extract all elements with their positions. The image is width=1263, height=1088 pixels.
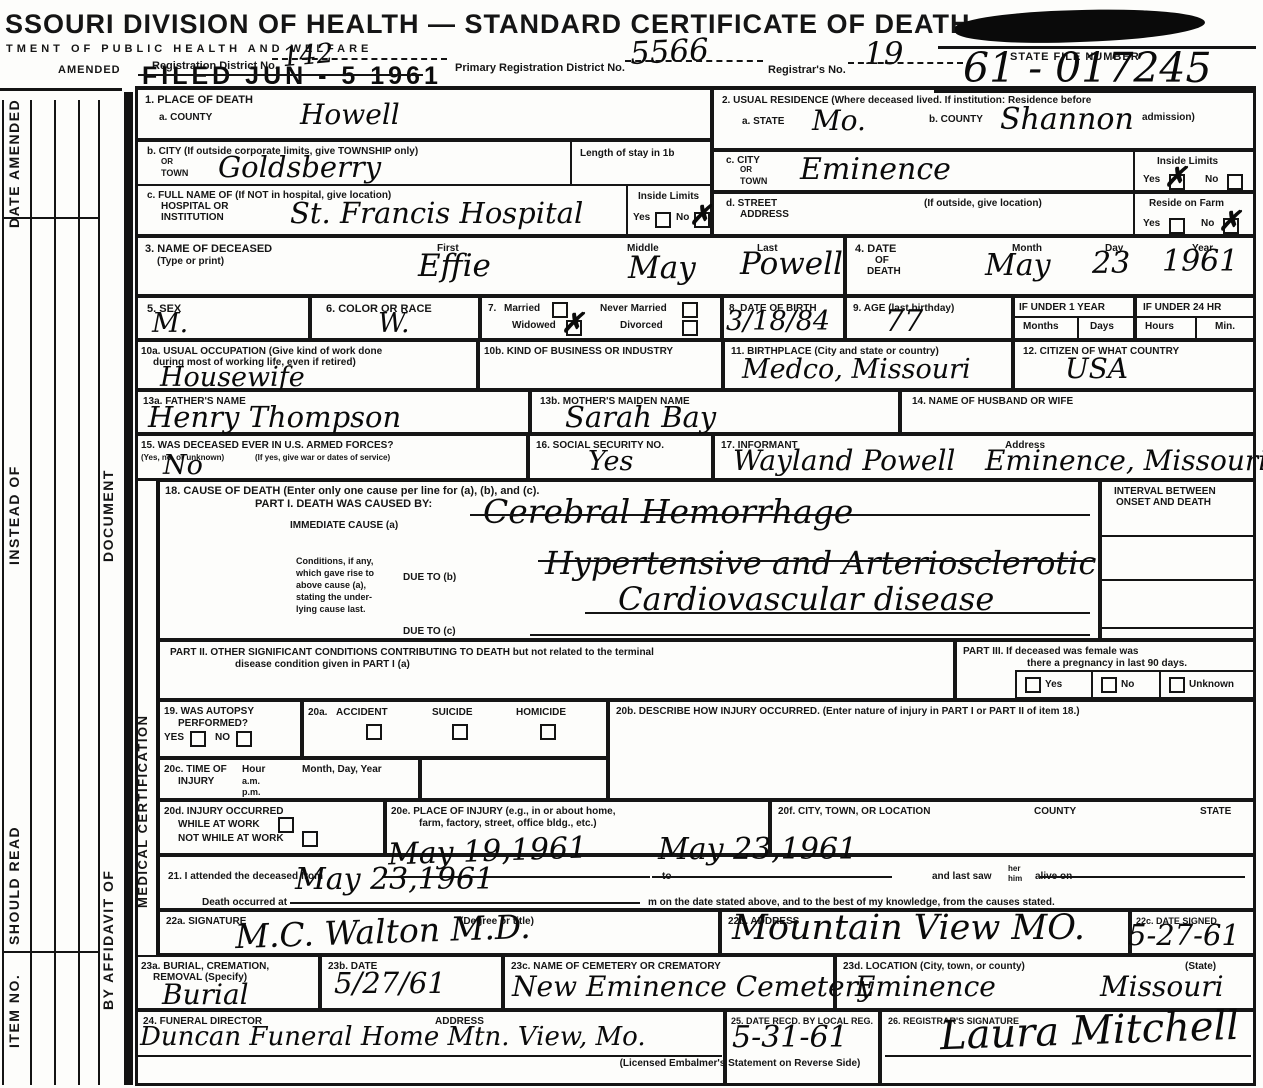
not-while-at-work-checkbox (302, 831, 318, 847)
injury-work-label: 20d. INJURY OCCURRED (164, 806, 283, 819)
dod-day-value: 23 (1092, 246, 1130, 281)
residence-town-label: TOWN (740, 176, 767, 187)
conditions-line-1: Conditions, if any, (296, 556, 373, 567)
manner-num: 20a. (308, 707, 327, 720)
injury-place-label-2: farm, factory, street, office bldg., etc… (419, 818, 597, 831)
death-date-value: May 23,1961 (295, 862, 494, 897)
cell-place-of-death: 1. PLACE OF DEATH a. COUNTY (135, 88, 712, 140)
widowed-label: Widowed (512, 320, 556, 333)
while-at-work-checkbox (278, 817, 294, 833)
residence-or-label: OR (740, 165, 752, 175)
due-to-c-label: DUE TO (c) (403, 626, 456, 639)
divorced-label: Divorced (620, 320, 663, 333)
cause-c-line (530, 634, 1090, 636)
months-label: Months (1023, 321, 1059, 334)
under-24-vline (1195, 316, 1197, 338)
length-of-stay-label: Length of stay in 1b (580, 148, 674, 161)
pod-no-checkbox (694, 212, 710, 228)
while-at-work-label: WHILE AT WORK (178, 819, 260, 832)
registrar-no-value: 19 (864, 36, 903, 72)
dod-month-value: May (985, 248, 1051, 283)
res-yes-label: Yes (1143, 174, 1160, 187)
homicide-label: HOMICIDE (516, 707, 566, 720)
never-married-label: Never Married (600, 303, 667, 316)
not-while-at-work-label: NOT WHILE AT WORK (178, 833, 284, 846)
form-bottom-border (135, 1083, 1256, 1086)
usual-residence-label-2: admission) (1142, 112, 1195, 125)
injury-description-label: 20b. DESCRIBE HOW INJURY OCCURRED. (Ente… (616, 706, 1080, 719)
registration-district-line (272, 58, 447, 60)
margin-should-read-label: SHOULD READ (6, 820, 22, 945)
cell-reside-on-farm: Reside on Farm Yes No (1133, 192, 1256, 236)
form-right-border (1253, 88, 1256, 1085)
accident-label: ACCIDENT (336, 707, 388, 720)
interval-label-2: ONSET AND DEATH (1116, 497, 1211, 510)
attended-to-line (652, 876, 892, 878)
armed-forces-value: No (163, 450, 203, 481)
death-occurred-label: Death occurred at (202, 897, 287, 910)
cause-b2-line (585, 612, 1090, 614)
under-1-vline (1077, 316, 1079, 338)
autopsy-label-2: PERFORMED? (178, 718, 248, 731)
state-file-number: 61 - 017245 (963, 44, 1212, 92)
attended-to-value: May 23,1961 (658, 832, 857, 867)
divorced-checkbox (682, 320, 698, 336)
preg-unknown-label: Unknown (1189, 679, 1234, 692)
residence-state-label: a. STATE (742, 116, 784, 129)
residence-city-value: Eminence (800, 152, 951, 187)
margin-line-1 (2, 100, 4, 1085)
part3-label-2: there a pregnancy in last 90 days. (1027, 658, 1187, 671)
farm-no-checkbox (1223, 218, 1239, 234)
funeral-director-value: Duncan Funeral Home Mtn. View, Mo. (140, 1022, 646, 1052)
conditions-line-2: which gave rise to (296, 568, 374, 579)
cell-preg-yes: Yes (1015, 670, 1093, 699)
autopsy-no-label: NO (215, 732, 230, 745)
preg-no-label: No (1121, 679, 1134, 692)
min-label: Min. (1215, 321, 1235, 334)
accident-checkbox (366, 724, 382, 740)
amended-label: AMENDED (58, 64, 121, 78)
part3-label-1: PART III. If deceased was female was (963, 646, 1138, 659)
marital-num: 7. (488, 303, 496, 316)
cell-res-inside-limits: Inside Limits Yes No (1133, 150, 1256, 192)
cell-marital-status: 7. Married Never Married Widowed Divorce… (480, 296, 722, 340)
pod-no-label: No (676, 212, 689, 225)
preg-yes-label: Yes (1045, 679, 1062, 692)
farm-yes-checkbox (1169, 218, 1185, 234)
funeral-director-line (138, 1055, 722, 1057)
cell-injury-work: 20d. INJURY OCCURRED WHILE AT WORK NOT W… (160, 800, 385, 855)
informant-name-value: Wayland Powell (733, 444, 955, 477)
cause-b-line (538, 560, 1093, 562)
due-to-b-label: DUE TO (b) (403, 572, 456, 585)
farm-no-label: No (1201, 218, 1214, 231)
cell-part3: PART III. If deceased was female was the… (955, 640, 1256, 700)
father-value: Henry Thompson (148, 400, 401, 434)
days-label: Days (1090, 321, 1114, 334)
res-yes-checkbox (1169, 174, 1185, 190)
date-signed-value: 5-27-61 (1128, 918, 1240, 952)
part2-label-1: PART II. OTHER SIGNIFICANT CONDITIONS CO… (170, 647, 654, 660)
street-note-label: (If outside, give location) (924, 198, 1042, 211)
primary-district-label: Primary Registration District No. (455, 62, 625, 76)
reside-farm-label: Reside on Farm (1149, 198, 1224, 211)
preg-unknown-checkbox (1169, 677, 1185, 693)
margin-top-line (0, 88, 122, 91)
city-town-label: TOWN (161, 168, 188, 179)
stamp-strike-line (138, 74, 423, 76)
pod-yes-checkbox (655, 212, 671, 228)
burial-value: Burial (162, 978, 249, 1011)
informant-address-value: Eminence, Missouri (985, 444, 1263, 477)
registrar-signature-line (885, 1055, 1251, 1057)
part1-label: PART I. DEATH WAS CAUSED BY: (255, 498, 432, 512)
cell-under-1-year: IF UNDER 1 YEAR Months Days (1013, 296, 1135, 340)
cell-under-24-hr: IF UNDER 24 HR Hours Min. (1135, 296, 1256, 340)
hospital-value: St. Francis Hospital (290, 196, 583, 230)
redaction-scribble (955, 6, 1206, 47)
autopsy-yes-label: YES (164, 732, 184, 745)
cemetery-state-value: Missouri (1100, 970, 1224, 1003)
cell-autopsy: 19. WAS AUTOPSY PERFORMED? YES NO (160, 700, 302, 758)
name-sublabel: (Type or print) (157, 256, 224, 269)
residence-state-value: Mo. (812, 104, 866, 137)
margin-line-4 (78, 100, 80, 1085)
cell-manner: 20a. ACCIDENT SUICIDE HOMICIDE (302, 700, 608, 758)
part2-label-2: disease condition given in PART I (a) (235, 659, 410, 672)
cell-pod-inside-limits: Inside Limits Yes No (626, 184, 712, 236)
farm-yes-label: Yes (1143, 218, 1160, 231)
physician-address-value: Mountain View MO. (732, 908, 1085, 948)
preg-no-checkbox (1101, 677, 1117, 693)
occupation-value: Housewife (160, 362, 305, 393)
cell-injury-description: 20b. DESCRIBE HOW INJURY OCCURRED. (Ente… (608, 700, 1256, 800)
citizen-value: USA (1065, 352, 1128, 385)
registrar-no-line (848, 62, 963, 64)
homicide-checkbox (540, 724, 556, 740)
embalmer-note: (Licensed Embalmer's Statement on Revers… (480, 1058, 1000, 1071)
suicide-label: SUICIDE (432, 707, 473, 720)
res-no-checkbox (1227, 174, 1243, 190)
spouse-label: 14. NAME OF HUSBAND OR WIFE (912, 396, 1073, 409)
preg-yes-checkbox (1025, 677, 1041, 693)
him-label: him (1008, 875, 1022, 884)
under-1-divider (1015, 316, 1133, 318)
middle-name-value: May (628, 250, 696, 286)
res-no-label: No (1205, 174, 1218, 187)
cemetery-value: New Eminence Cemetery (512, 970, 874, 1003)
cemetery-city-value: Eminence (855, 970, 996, 1003)
interval-line-1 (1102, 535, 1254, 537)
injury-location-label: 20f. CITY, TOWN, OR LOCATION (778, 806, 930, 819)
last-saw-label: and last saw (932, 871, 991, 884)
form-top-border (135, 86, 1256, 89)
interval-line-2 (1102, 579, 1254, 581)
address-label: ADDRESS (740, 209, 789, 222)
cell-industry: 10b. KIND OF BUSINESS OR INDUSTRY (478, 340, 723, 390)
city-or-label: OR (161, 157, 173, 167)
margin-item-no-label: ITEM NO. (6, 958, 22, 1048)
industry-label: 10b. KIND OF BUSINESS OR INDUSTRY (484, 346, 673, 359)
cell-preg-unknown: Unknown (1159, 670, 1256, 699)
form-left-border (135, 88, 138, 1085)
cell-length-of-stay: Length of stay in 1b (570, 140, 712, 186)
pod-yes-label: Yes (633, 212, 650, 225)
margin-instead-of-label: INSTEAD OF (6, 445, 22, 565)
cell-spouse-name: 14. NAME OF HUSBAND OR WIFE (900, 390, 1256, 434)
conditions-line-3: above cause (a), (296, 580, 366, 591)
county-of-death-label: a. COUNTY (159, 112, 212, 125)
her-label: her (1008, 865, 1020, 874)
conditions-line-4: stating the under- (296, 592, 372, 603)
widowed-checkbox (566, 320, 582, 336)
margin-line-3 (54, 100, 56, 1085)
cell-part2: PART II. OTHER SIGNIFICANT CONDITIONS CO… (160, 640, 955, 700)
first-name-value: Effie (418, 248, 491, 284)
birthplace-value: Medco, Missouri (742, 354, 971, 385)
age-value: 77 (885, 304, 923, 339)
margin-line-2 (30, 100, 32, 1085)
cause-a-line (470, 514, 1090, 516)
autopsy-yes-checkbox (190, 731, 206, 747)
primary-district-value: 5566 (629, 32, 710, 72)
residence-county-label: b. COUNTY (929, 114, 983, 127)
autopsy-label-1: 19. WAS AUTOPSY (164, 706, 254, 719)
immediate-cause-label: IMMEDIATE CAUSE (a) (290, 520, 398, 533)
margin-by-affidavit-label: BY AFFIDAVIT OF (100, 830, 116, 1010)
hospital-label-3: INSTITUTION (161, 212, 224, 225)
margin-document-label: DOCUMENT (100, 432, 116, 562)
cell-interval: INTERVAL BETWEEN ONSET AND DEATH (1100, 480, 1256, 640)
suicide-checkbox (452, 724, 468, 740)
cell-street-address: d. STREET ADDRESS (If outside, give loca… (712, 192, 1135, 236)
injury-state-label: STATE (1200, 806, 1231, 819)
cause-b-value-1: Hypertensive and Arteriosclerotic (545, 544, 1096, 582)
cell-injury-time: 20c. TIME OF INJURY Hour a.m. p.m. Month… (160, 758, 420, 800)
race-value: W. (378, 308, 410, 339)
page-title: SSOURI DIVISION OF HEALTH — STANDARD CER… (5, 8, 971, 42)
pm-label: p.m. (242, 787, 261, 798)
cell-preg-no: No (1091, 670, 1161, 699)
dod-year-value: 1961 (1162, 244, 1238, 279)
never-married-checkbox (682, 302, 698, 318)
cell-injury-time-blank (420, 758, 608, 800)
dob-value: 3/18/84 (726, 306, 830, 337)
alive-on-line (1040, 876, 1245, 878)
death-date-line (290, 902, 640, 904)
registrar-no-label: Registrar's No. (768, 64, 846, 78)
mother-value: Sarah Bay (565, 400, 716, 434)
under-1-year-label: IF UNDER 1 YEAR (1019, 302, 1105, 315)
injury-time-label-2: INJURY (178, 776, 214, 789)
death-certificate-scan: SSOURI DIVISION OF HEALTH — STANDARD CER… (0, 0, 1263, 1088)
dod-death-label: DEATH (867, 266, 901, 279)
margin-divider-bar (124, 92, 133, 1085)
city-of-death-value: Goldsberry (218, 150, 381, 184)
burial-date-value: 5/27/61 (334, 966, 446, 1000)
county-of-death-value: Howell (300, 98, 400, 131)
cell-citizen: 12. CITIZEN OF WHAT COUNTRY (1013, 340, 1256, 390)
place-of-death-label: 1. PLACE OF DEATH (145, 94, 253, 108)
under-24-hr-label: IF UNDER 24 HR (1143, 302, 1221, 315)
mdy-label: Month, Day, Year (302, 764, 382, 777)
residence-county-value: Shannon (1000, 102, 1134, 137)
name-label: 3. NAME OF DECEASED (145, 243, 272, 257)
injury-county-label: COUNTY (1034, 806, 1076, 819)
cell-usual-residence: 2. USUAL RESIDENCE (Where deceased lived… (712, 88, 1256, 150)
interval-line-3 (1102, 627, 1254, 629)
last-name-value: Powell (740, 246, 843, 282)
injury-place-label-1: 20e. PLACE OF INJURY (e.g., in or about … (391, 806, 615, 819)
armed-forces-sub2: (If yes, give war or dates of service) (255, 453, 390, 463)
injury-time-label-1: 20c. TIME OF (164, 764, 227, 777)
cause-a-value: Cerebral Hemorrhage (483, 492, 853, 531)
hours-label: Hours (1145, 321, 1174, 334)
margin-date-amended-label: DATE AMENDED (6, 103, 22, 228)
primary-district-line (625, 60, 763, 62)
ssn-value: Yes (588, 446, 633, 477)
cell-age: 9. AGE (last birthday) (845, 296, 1013, 340)
married-label: Married (504, 303, 540, 316)
hour-label: Hour (242, 764, 265, 777)
conditions-line-5: lying cause last. (296, 604, 366, 615)
autopsy-no-checkbox (236, 731, 252, 747)
sex-value: M. (152, 308, 188, 339)
date-received-value: 5-31-61 (732, 1020, 848, 1055)
margin-hline-2 (2, 951, 98, 953)
am-label: a.m. (242, 776, 260, 787)
